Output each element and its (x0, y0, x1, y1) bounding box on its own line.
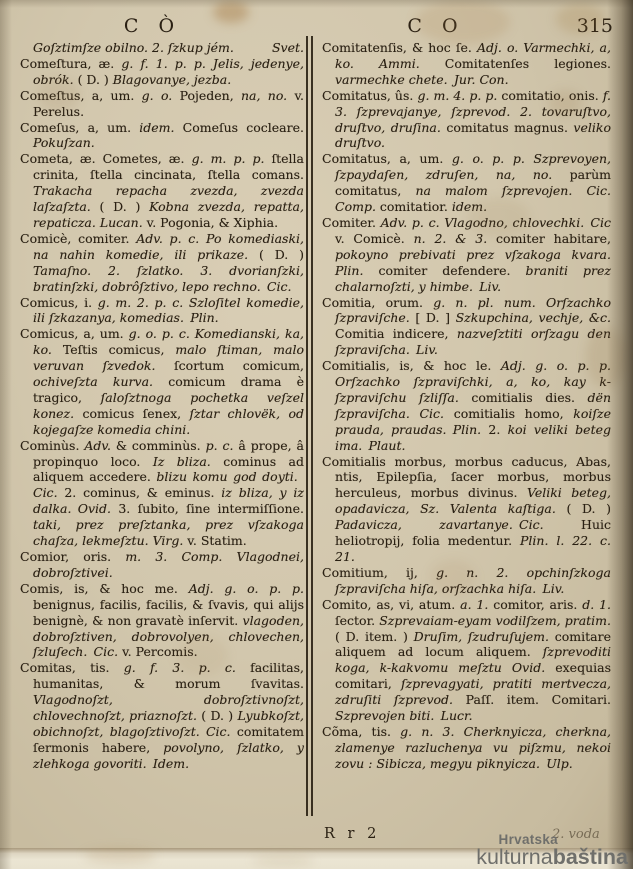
dictionary-entry: Comeſtus, a, um. g. o. Pojeden, na, no. … (20, 88, 304, 120)
latin-text: Comicus, a, um. (20, 326, 129, 341)
page-edge-shadow-right (607, 0, 633, 869)
watermark-line2: kulturnabaština (476, 847, 628, 869)
latin-text: Comis, is, & hoc me. (20, 581, 189, 596)
latin-text: Comicus, i. (20, 295, 98, 310)
latin-text: 2. cominus, & eminus. (64, 485, 221, 500)
latin-text: Comitatenſes legiones. (445, 56, 611, 71)
latin-text: Teſtis comicus, (63, 342, 176, 357)
dictionary-entry: Comis, is, & hoc me. Adj. g. o. p. p. be… (20, 581, 304, 661)
latin-text: Comitium, ij, (322, 565, 436, 580)
latin-text: ( D. ) (566, 501, 611, 516)
latin-text: Comeſtura, æ. (20, 56, 121, 71)
gloss-text: Goſztimſze obilno. 2. ſzkup jém. (33, 40, 234, 55)
column-divider-rule (306, 36, 313, 816)
dictionary-entry: Cominùs. Adv. & comminùs. p. c. â prope,… (20, 438, 304, 549)
page-edge-shadow-left (0, 0, 12, 869)
latin-text: [ D. ] (415, 310, 455, 325)
gloss-text: Szprevojen biti. Lucr. (335, 708, 473, 723)
latin-text: comitatus magnus. (446, 120, 573, 135)
latin-text: ſector. (335, 613, 379, 628)
latin-text: ( D. item. ) (335, 629, 414, 644)
gloss-text: p. c. (206, 438, 239, 453)
latin-text: ( D. ) (201, 708, 237, 723)
gloss-text: Szkupchina, vechje, &c. (456, 310, 611, 325)
latin-text: Comior, oris. (20, 549, 125, 564)
latin-text: Comeſus, a, um. (20, 120, 139, 135)
latin-text: Comitatenſis, & hoc ſe. (322, 40, 477, 55)
gloss-text: Pokuſzan. (33, 135, 95, 150)
latin-text: 3. ſubito, ſine intermiſſione. (118, 501, 304, 516)
latin-text: Comeſtus, a, um. (20, 88, 142, 103)
gloss-text: Padavicza, zavartanye. Cic. (335, 517, 581, 532)
gloss-text: taki, prez preſztanka, prez vſzakoga cha… (33, 517, 304, 548)
latin-text: Comitatus, a, um. (322, 151, 452, 166)
gloss-text: Adv. p. c. Vlagodno, chlovechki. Cic (381, 215, 611, 230)
latin-text: Comitia indicere, (335, 326, 457, 341)
dictionary-entry: Comeſus, a, um. idem. Comeſus cocleare. … (20, 120, 304, 152)
latin-text: Pojeden, (180, 88, 241, 103)
latin-text: comitor, aris. (493, 597, 582, 612)
signature-mark: R r 2 (324, 826, 380, 842)
latin-text: Comito, as, vi, atum. (322, 597, 460, 612)
latin-text: comicus ſenex, (82, 406, 189, 421)
gloss-text: Iz bliza. (153, 454, 223, 469)
gloss-text: n. 2. & 3. (414, 231, 496, 246)
latin-text: ( D. ) (78, 72, 113, 87)
latin-text: comitatior. (380, 199, 452, 214)
dictionary-entry: Comitia, orum. g. n. pl. num. Orſzachko … (322, 295, 611, 359)
dictionary-entry: Comitatus, ûs. g. m. 4. p. p. comitatio,… (322, 88, 611, 152)
latin-text: Comitialis, is, & hoc le. (322, 358, 501, 373)
dictionary-entry: Comitatenſis, & hoc ſe. Adj. o. Varmechk… (322, 40, 611, 88)
book-page: C Ò C O 315 Goſztimſze obilno. 2. ſzkup … (0, 0, 633, 869)
running-header-left: C Ò (0, 15, 305, 37)
gloss-text: Szprevaiam-eyam vodilſzem, pratim. (379, 613, 611, 628)
latin-text: Comitatus, ûs. (322, 88, 417, 103)
gloss-text: Blagovanye, jezba. (113, 72, 231, 87)
latin-text: comitatio, onis. (501, 88, 602, 103)
latin-text: comitialis homo, (454, 406, 574, 421)
gloss-text: idem. (139, 120, 182, 135)
dictionary-entry: Cõma, tis. g. n. 3. Cherknyicza, cherkna… (322, 724, 611, 772)
latin-text: Paſſ. item. Comitari. (466, 692, 611, 707)
latin-text: Comicè, comiter. (20, 231, 136, 246)
right-column: Comitatenſis, & hoc ſe. Adj. o. Varmechk… (322, 40, 611, 772)
latin-text: Cometa, æ. Cometes, æ. (20, 151, 192, 166)
latin-text: comitialis dies. (471, 390, 587, 405)
left-column: Goſztimſze obilno. 2. ſzkup jém.Svet.Com… (20, 40, 304, 772)
gloss-text: ochiveſzta kurva. (33, 374, 168, 389)
latin-text: Cominùs. (20, 438, 84, 453)
gloss-text: g. m. 4. p. p. (417, 88, 501, 103)
dictionary-entry: Comitialis, is, & hoc le. Adj. g. o. p. … (322, 358, 611, 453)
dictionary-entry: Comitium, ij, g. n. 2. opchinſzkoga ſzpr… (322, 565, 611, 597)
dictionary-entry: Comiter. Adv. p. c. Vlagodno, chlovechki… (322, 215, 611, 295)
dictionary-entry: Comitatus, a, um. g. o. p. p. Szprevoyen… (322, 151, 611, 215)
latin-text: ( D. ) (259, 247, 304, 262)
dictionary-entry: Comicè, comiter. Adv. p. c. Po komediask… (20, 231, 304, 295)
latin-text: v. Pogonia, & Xiphia. (147, 215, 278, 230)
gloss-text: g. m. p. p. (192, 151, 272, 166)
watermark-bastina: baština (553, 845, 628, 869)
running-header-right: C O (321, 15, 551, 37)
dictionary-entry: Goſztimſze obilno. 2. ſzkup jém.Svet. (20, 40, 304, 56)
gloss-text: Svet. (272, 40, 304, 56)
latin-text: 2. (488, 422, 507, 437)
watermark: Hrvatska kulturnabaština (476, 833, 628, 868)
dictionary-entry: Comeſtura, æ. g. f. 1. p. p. Jelis, jede… (20, 56, 304, 88)
gloss-text: Tamaſno. 2. ſzlatko. 3. dvorianſzki, bra… (33, 263, 304, 294)
gloss-text: g. f. 3. p. c. (124, 660, 250, 675)
latin-text: v. Statim. (187, 533, 246, 548)
dictionary-entry: Comitas, tis. g. f. 3. p. c. facilitas, … (20, 660, 304, 771)
latin-text: v. Comicè. (335, 231, 414, 246)
gloss-text: varmechke chete. Jur. Con. (335, 72, 509, 87)
gloss-text: a. 1. (460, 597, 493, 612)
latin-text: & comminùs. (116, 438, 206, 453)
gloss-text: Adj. g. o. p. p. (189, 581, 304, 596)
latin-text: ( D. ) (100, 199, 150, 214)
gloss-text: Adv. (84, 438, 116, 453)
latin-text: comiter defendere. (378, 263, 525, 278)
gloss-text: idem. (452, 199, 487, 214)
dictionary-entry: Comior, oris. m. 3. Comp. Vlagodnei, dob… (20, 549, 304, 581)
latin-text: v. Percomis. (122, 644, 198, 659)
dictionary-entry: Comicus, i. g. m. 2. p. c. Szloſitel kom… (20, 295, 304, 327)
dictionary-entry: Comitialis morbus, morbus caducus, Abas,… (322, 454, 611, 565)
latin-text: comiter habitare, (496, 231, 611, 246)
latin-text: Comiter. (322, 215, 381, 230)
dictionary-entry: Cometa, æ. Cometes, æ. g. m. p. p. ſtell… (20, 151, 304, 231)
gloss-text: g. o. (142, 88, 180, 103)
latin-text: Comitas, tis. (20, 660, 124, 675)
gloss-text: na, no. (241, 88, 294, 103)
latin-text: Cõma, tis. (322, 724, 400, 739)
dictionary-entry: Comicus, a, um. g. o. p. c. Komedianski,… (20, 326, 304, 437)
page-edge-shadow-top (0, 0, 633, 8)
dictionary-entry: Comito, as, vi, atum. a. 1. comitor, ari… (322, 597, 611, 724)
latin-text: ſcortum comicum, (174, 358, 304, 373)
gloss-text: Druſim, ſzudruſujem. (414, 629, 555, 644)
latin-text: Comitia, orum. (322, 295, 433, 310)
latin-text: Comeſus cocleare. (183, 120, 304, 135)
watermark-kulturna: kulturna (476, 845, 553, 869)
